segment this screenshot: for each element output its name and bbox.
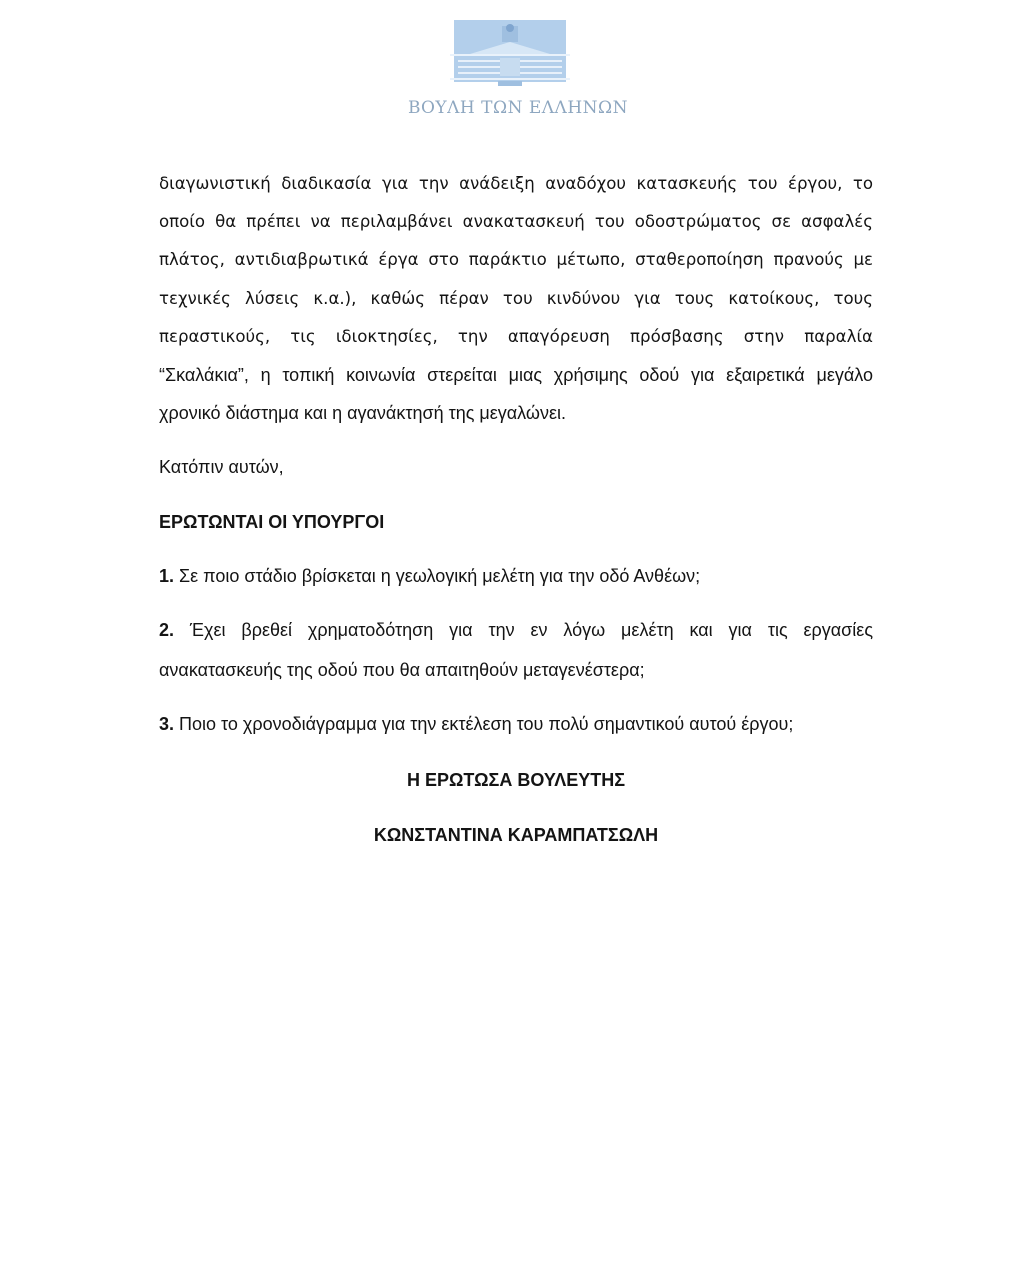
paragraph-line: τεχνικές λύσεις κ.α.), καθώς πέραν του κ… <box>159 280 873 318</box>
paragraph-line: πλάτος, αντιδιαβρωτικά έργα στο παράκτιο… <box>159 241 873 279</box>
body-paragraph: διαγωνιστική διαδικασία για την ανάδειξη… <box>159 165 873 432</box>
paragraph-line: χρονικό διάστημα και η αγανάκτησή της με… <box>159 394 873 432</box>
question-number: 3. <box>159 714 174 734</box>
question-1: 1. Σε ποιο στάδιο βρίσκεται η γεωλογική … <box>159 566 700 587</box>
paragraph-line: “Σκαλάκια”, η τοπική κοινωνία στερείται … <box>159 356 873 394</box>
question-line: ανακατασκευής της οδού που θα απαιτηθούν… <box>159 650 873 690</box>
questions-heading: ΕΡΩΤΩΝΤΑΙ ΟΙ ΥΠΟΥΡΓΟΙ <box>159 512 384 533</box>
closing-intro: Κατόπιν αυτών, <box>159 457 284 478</box>
question-2: 2. Έχει βρεθεί χρηματοδότηση για την εν … <box>159 610 873 690</box>
question-text: Έχει βρεθεί χρηματοδότηση για την εν λόγ… <box>190 620 873 640</box>
paragraph-line: περαστικούς, τις ιδιοκτησίες, την απαγόρ… <box>159 318 873 356</box>
question-text: Ποιο το χρονοδιάγραμμα για την εκτέλεση … <box>179 714 793 734</box>
question-text: Σε ποιο στάδιο βρίσκεται η γεωλογική μελ… <box>179 566 700 586</box>
paragraph-line: οποίο θα πρέπει να περιλαμβάνει ανακατασ… <box>159 203 873 241</box>
question-number: 2. <box>159 620 174 640</box>
question-3: 3. Ποιο το χρονοδιάγραμμα για την εκτέλε… <box>159 714 793 735</box>
parliament-logo: ΒΟΥΛΗ ΤΩΝ ΕΛΛΗΝΩΝ <box>446 18 574 118</box>
signature-name: ΚΩΝΣΤΑΝΤΙΝΑ ΚΑΡΑΜΠΑΤΣΩΛΗ <box>159 825 873 846</box>
question-number: 1. <box>159 566 174 586</box>
parliament-building-icon <box>450 18 570 88</box>
question-line: 2. Έχει βρεθεί χρηματοδότηση για την εν … <box>159 610 873 650</box>
paragraph-line: διαγωνιστική διαδικασία για την ανάδειξη… <box>159 165 873 203</box>
logo-caption: ΒΟΥΛΗ ΤΩΝ ΕΛΛΗΝΩΝ <box>408 98 612 118</box>
signature-title: Η ΕΡΩΤΩΣΑ ΒΟΥΛΕΥΤΗΣ <box>159 770 873 791</box>
